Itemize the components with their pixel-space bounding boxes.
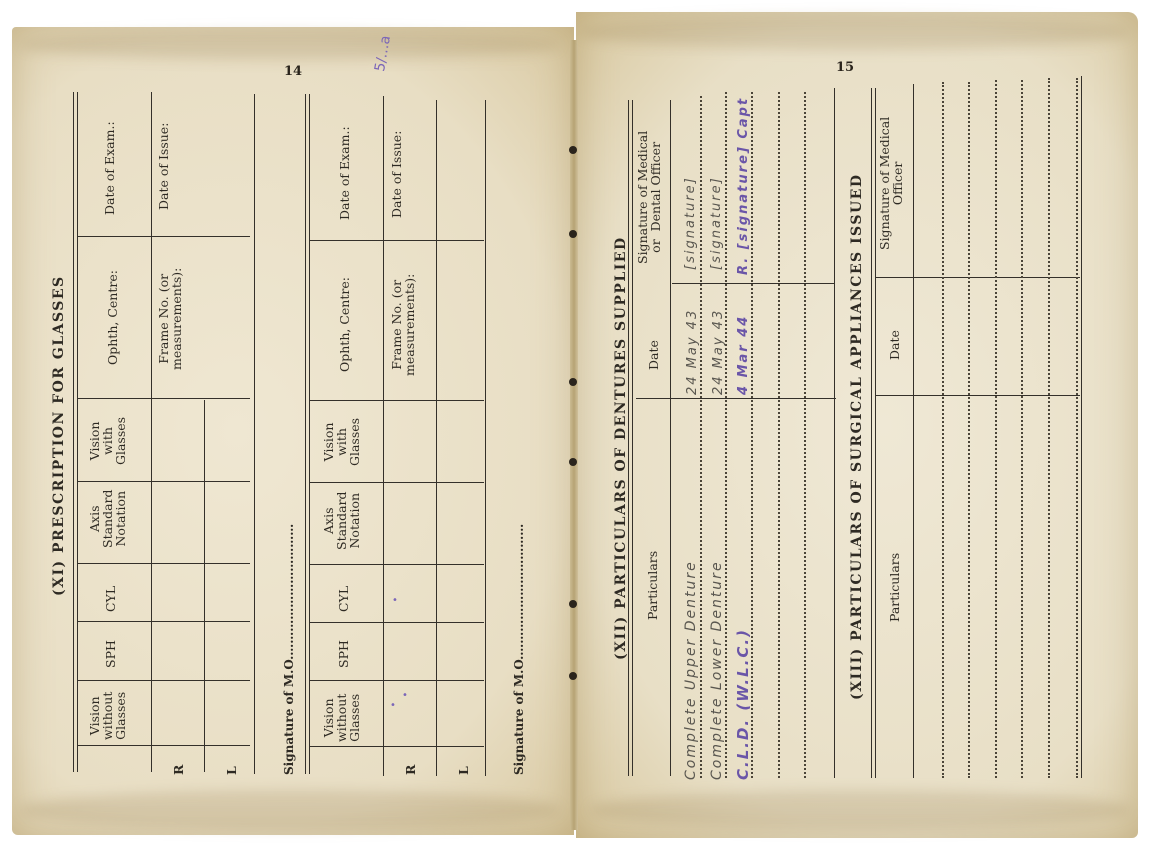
- section-title-prescription: (XI) PRESCRIPTION FOR GLASSES: [52, 275, 67, 596]
- book-spine: [570, 40, 578, 830]
- rule: [1081, 76, 1082, 778]
- label-date-of-exam: Date of Exam.:: [103, 121, 116, 215]
- row-label-l: L: [457, 766, 470, 775]
- section-title-surgical: (XIII) PARTICULARS OF SURGICAL APPLIANCE…: [850, 174, 865, 700]
- ink-dot: •: [402, 690, 408, 701]
- section-title-dentures: (XII) PARTICULARS OF DENTURES SUPPLIED: [614, 236, 629, 660]
- rule: [310, 482, 484, 483]
- rule: [73, 92, 74, 772]
- dotted-rule: [942, 82, 944, 778]
- column-axis: Axis Standard Notation: [88, 489, 127, 548]
- rule: [310, 680, 484, 681]
- rule: [670, 100, 671, 776]
- label-ophth-centre: Ophth, Centre:: [106, 270, 119, 365]
- rule: [871, 88, 872, 778]
- rule: [78, 563, 250, 564]
- column-axis: Axis Standard Notation: [322, 491, 361, 550]
- rule: [78, 481, 250, 482]
- row-label-l: L: [225, 766, 238, 775]
- rule: [77, 92, 78, 772]
- dotted-rule: [725, 92, 727, 778]
- dotted-rule: [1076, 78, 1078, 778]
- dotted-rule: [778, 92, 780, 778]
- column-vision-with-glasses: Vision with Glasses: [322, 418, 361, 466]
- rule: [78, 398, 250, 399]
- dotted-rule: [995, 80, 997, 778]
- page-number: 15: [836, 60, 854, 75]
- binding-stitch: [569, 230, 577, 238]
- entry-particulars: Complete Upper Denture: [684, 560, 699, 780]
- row-label-r: R: [172, 765, 185, 775]
- column-particulars: Particulars: [646, 551, 659, 620]
- entry-signature: R. [signature] Capt: [737, 97, 751, 275]
- label-ophth-centre: Ophth, Centre:: [338, 277, 351, 372]
- binding-stitch: [569, 378, 577, 386]
- label-frame-no: Frame No. (or measurements):: [157, 268, 183, 370]
- rule: [310, 622, 484, 623]
- ink-dot: •: [392, 595, 398, 606]
- dotted-rule: [804, 92, 806, 778]
- entry-particulars: C.L.D. (W.L.C.): [736, 628, 752, 780]
- label-date-of-issue: Date of Issue:: [390, 131, 403, 218]
- column-date: Date: [647, 340, 660, 370]
- binding-stitch: [569, 458, 577, 466]
- column-vision-without-glasses: Vision without Glasses: [322, 694, 361, 742]
- column-cyl: CYL: [337, 586, 350, 612]
- rule: [305, 94, 306, 774]
- label-frame-no: Frame No. (or measurements):: [390, 274, 416, 376]
- rule: [310, 564, 484, 565]
- rule: [436, 100, 437, 776]
- signature-of-mo-line: Signature of M.O.……………………………: [513, 524, 526, 775]
- rule: [78, 621, 250, 622]
- stain: [590, 790, 1130, 830]
- rule: [672, 283, 834, 284]
- rule: [254, 94, 255, 774]
- dotted-rule: [1021, 80, 1023, 778]
- page-number: 14: [284, 64, 302, 79]
- rule: [485, 100, 486, 776]
- binding-stitch: [569, 146, 577, 154]
- column-cyl: CYL: [104, 586, 117, 612]
- binding-stitch: [569, 672, 577, 680]
- entry-signature: [signature]: [684, 176, 698, 270]
- rule: [204, 400, 205, 772]
- entry-date: 4 Mar 44: [737, 315, 751, 395]
- rule: [834, 88, 835, 778]
- entry-date: 24 May 43: [712, 309, 726, 395]
- rule: [151, 92, 152, 772]
- rule: [78, 680, 250, 681]
- entry-signature: [signature]: [710, 176, 724, 270]
- ink-dot: •: [390, 700, 396, 711]
- rule: [913, 84, 914, 778]
- column-date: Date: [888, 330, 901, 360]
- dotted-rule: [700, 96, 702, 778]
- rule: [875, 88, 876, 778]
- column-sph: SPH: [337, 640, 350, 668]
- binding-stitch: [569, 600, 577, 608]
- entry-date: 24 May 43: [686, 309, 700, 395]
- dotted-rule: [1048, 78, 1050, 778]
- stain: [580, 15, 1130, 50]
- signature-of-mo-line: Signature of M.O.……………………………: [283, 524, 296, 775]
- stain: [20, 790, 560, 830]
- column-particulars: Particulars: [888, 553, 901, 622]
- rule: [632, 100, 633, 776]
- rule: [636, 398, 836, 399]
- column-signature: Signature of Medical Officer: [878, 117, 904, 250]
- column-vision-without-glasses: Vision without Glasses: [88, 692, 127, 740]
- rule: [383, 96, 384, 776]
- dotted-rule: [968, 82, 970, 778]
- rule: [78, 745, 250, 746]
- stain: [20, 30, 560, 60]
- column-vision-with-glasses: Vision with Glasses: [88, 417, 127, 465]
- row-label-r: R: [404, 765, 417, 775]
- rule: [309, 94, 310, 774]
- rule: [628, 100, 629, 776]
- label-date-of-issue: Date of Issue:: [157, 123, 170, 210]
- label-date-of-exam: Date of Exam.:: [338, 126, 351, 220]
- rule: [310, 400, 484, 401]
- entry-particulars: Complete Lower Denture: [710, 560, 725, 780]
- column-signature: Signature of Medical or Dental Officer: [636, 131, 662, 264]
- column-sph: SPH: [104, 640, 117, 668]
- rule: [310, 746, 484, 747]
- rule: [310, 240, 484, 241]
- rule: [78, 236, 250, 237]
